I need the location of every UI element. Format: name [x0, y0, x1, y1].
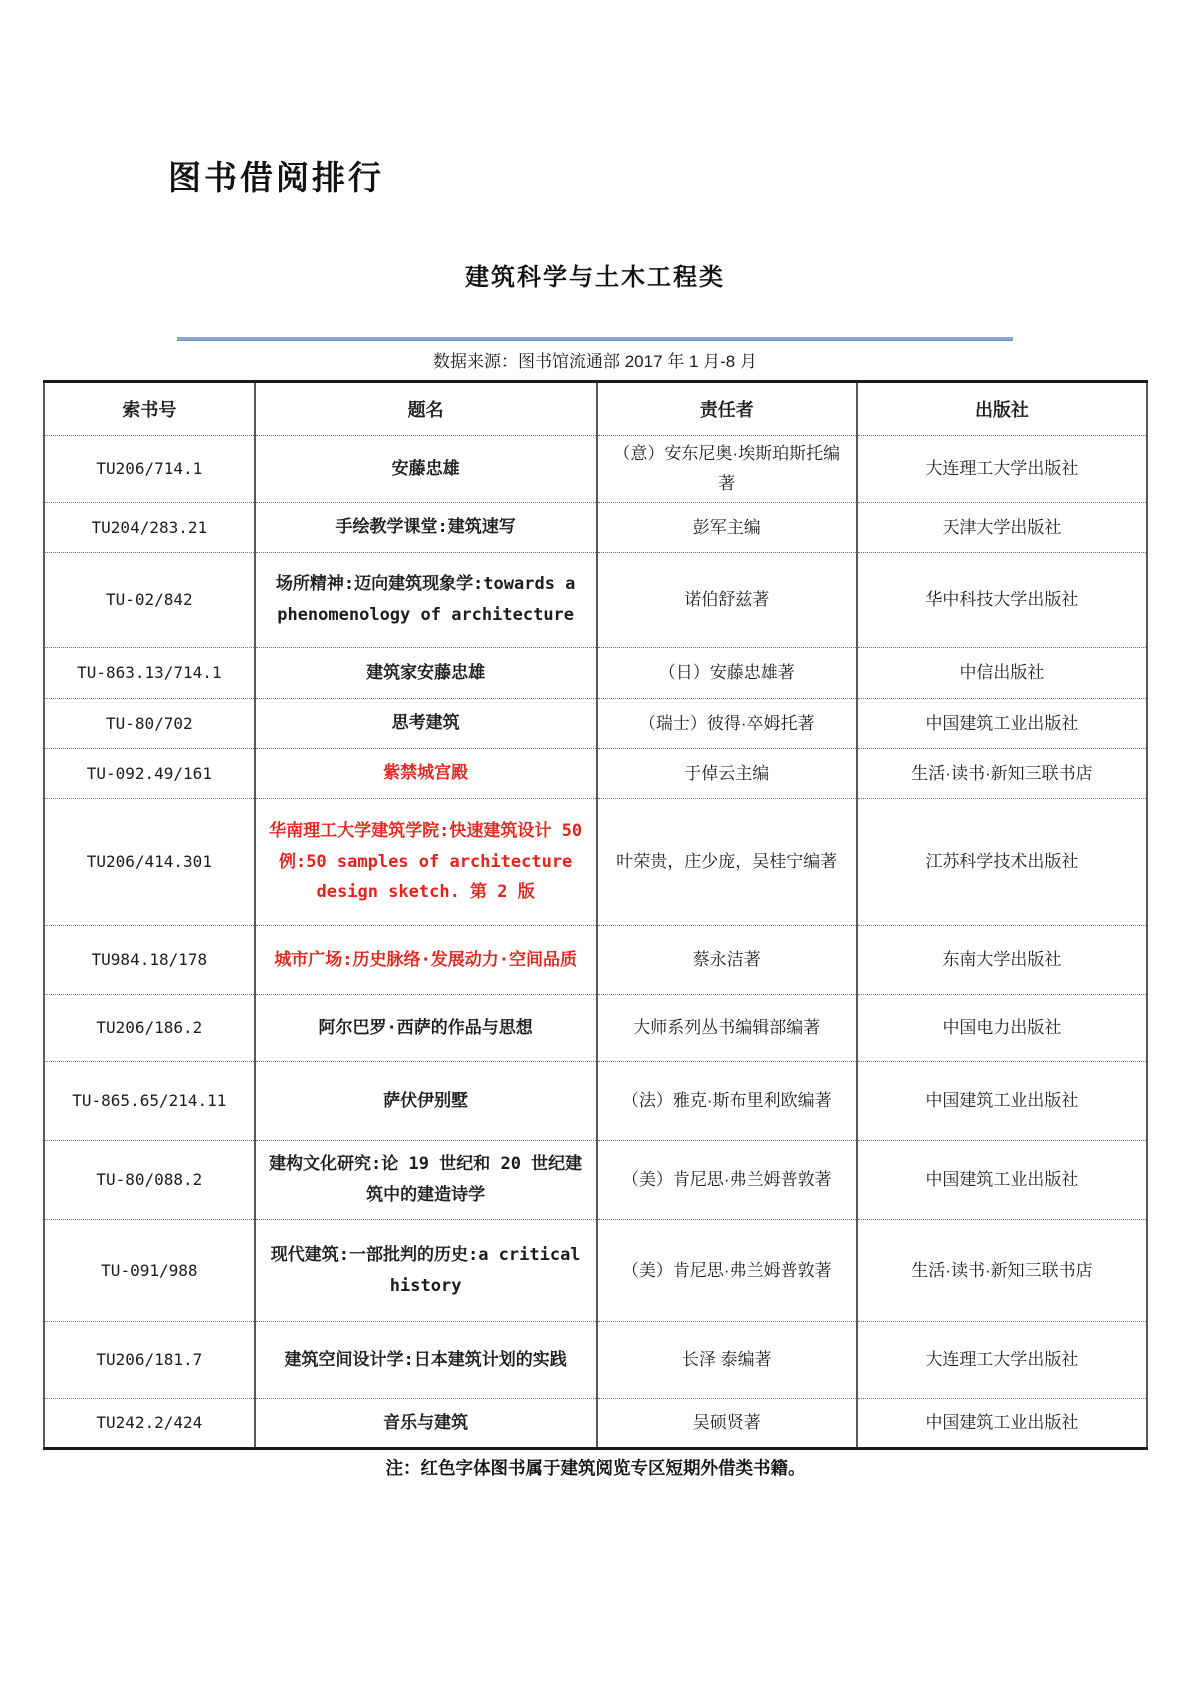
author-cell: （法）雅克·斯布里利欧编著: [597, 1062, 857, 1141]
document-page: 图书借阅排行 建筑科学与土木工程类 数据来源：图书馆流通部 2017 年 1 月…: [0, 0, 1191, 1684]
publisher-cell: 中国建筑工业出版社: [857, 1399, 1147, 1449]
author-cell: 于倬云主编: [597, 749, 857, 799]
table-row: TU-02/842 场所精神:迈向建筑现象学:towards a phenome…: [44, 553, 1147, 648]
table-row: TU206/714.1 安藤忠雄 （意）安东尼奥·埃斯珀斯托编著 大连理工大学出…: [44, 436, 1147, 503]
publisher-cell: 大连理工大学出版社: [857, 436, 1147, 503]
call-number-cell: TU-092.49/161: [44, 749, 255, 799]
footnote: 注：红色字体图书属于建筑阅览专区短期外借类书籍。: [43, 1455, 1148, 1480]
author-cell: （美）肯尼思·弗兰姆普敦著: [597, 1220, 857, 1322]
title-cell: 思考建筑: [255, 699, 597, 749]
section-title: 建筑科学与土木工程类: [177, 257, 1013, 292]
title-cell: 建筑空间设计学:日本建筑计划的实践: [255, 1322, 597, 1399]
publisher-cell: 中国建筑工业出版社: [857, 1141, 1147, 1220]
publisher-cell: 中国建筑工业出版社: [857, 1062, 1147, 1141]
borrowing-rank-table: 索书号 题名 责任者 出版社 TU206/714.1 安藤忠雄 （意）安东尼奥·…: [43, 380, 1148, 1450]
call-number-cell: TU-80/088.2: [44, 1141, 255, 1220]
title-cell: 手绘教学课堂:建筑速写: [255, 503, 597, 553]
title-cell: 阿尔巴罗·西萨的作品与思想: [255, 995, 597, 1062]
call-number-cell: TU206/414.301: [44, 799, 255, 926]
title-cell: 音乐与建筑: [255, 1399, 597, 1449]
call-number-cell: TU984.18/178: [44, 926, 255, 995]
publisher-cell: 中信出版社: [857, 648, 1147, 699]
title-cell: 安藤忠雄: [255, 436, 597, 503]
call-number-cell: TU242.2/424: [44, 1399, 255, 1449]
table-row: TU204/283.21 手绘教学课堂:建筑速写 彭军主编 天津大学出版社: [44, 503, 1147, 553]
call-number-cell: TU206/186.2: [44, 995, 255, 1062]
publisher-cell: 中国建筑工业出版社: [857, 699, 1147, 749]
title-cell: 华南理工大学建筑学院:快速建筑设计 50 例:50 samples of arc…: [255, 799, 597, 926]
author-cell: 吴硕贤著: [597, 1399, 857, 1449]
table-row: TU242.2/424 音乐与建筑 吴硕贤著 中国建筑工业出版社: [44, 1399, 1147, 1449]
call-number-cell: TU-80/702: [44, 699, 255, 749]
call-number-cell: TU-091/988: [44, 1220, 255, 1322]
author-cell: （美）肯尼思·弗兰姆普敦著: [597, 1141, 857, 1220]
publisher-cell: 江苏科学技术出版社: [857, 799, 1147, 926]
column-header-call-number: 索书号: [44, 382, 255, 436]
data-source-note: 数据来源：图书馆流通部 2017 年 1 月-8 月: [177, 347, 1013, 372]
author-cell: 叶荣贵，庄少庞，吴桂宁编著: [597, 799, 857, 926]
column-header-publisher: 出版社: [857, 382, 1147, 436]
table-row: TU-092.49/161 紫禁城宫殿 于倬云主编 生活·读书·新知三联书店: [44, 749, 1147, 799]
call-number-cell: TU-02/842: [44, 553, 255, 648]
page-title: 图书借阅排行: [0, 0, 1191, 199]
column-header-author: 责任者: [597, 382, 857, 436]
title-cell: 紫禁城宫殿: [255, 749, 597, 799]
call-number-cell: TU-863.13/714.1: [44, 648, 255, 699]
title-cell: 建构文化研究:论 19 世纪和 20 世纪建筑中的建造诗学: [255, 1141, 597, 1220]
call-number-cell: TU206/181.7: [44, 1322, 255, 1399]
table-row: TU206/186.2 阿尔巴罗·西萨的作品与思想 大师系列丛书编辑部编著 中国…: [44, 995, 1147, 1062]
table-row: TU-80/702 思考建筑 （瑞士）彼得·卒姆托著 中国建筑工业出版社: [44, 699, 1147, 749]
section-divider-line: [177, 337, 1013, 341]
publisher-cell: 东南大学出版社: [857, 926, 1147, 995]
column-header-title: 题名: [255, 382, 597, 436]
title-cell: 萨伏伊别墅: [255, 1062, 597, 1141]
table-row: TU206/414.301 华南理工大学建筑学院:快速建筑设计 50 例:50 …: [44, 799, 1147, 926]
author-cell: 长泽 泰编著: [597, 1322, 857, 1399]
table-row: TU984.18/178 城市广场:历史脉络·发展动力·空间品质 蔡永洁著 东南…: [44, 926, 1147, 995]
title-cell: 建筑家安藤忠雄: [255, 648, 597, 699]
publisher-cell: 中国电力出版社: [857, 995, 1147, 1062]
title-cell: 现代建筑:一部批判的历史:a critical history: [255, 1220, 597, 1322]
author-cell: （瑞士）彼得·卒姆托著: [597, 699, 857, 749]
publisher-cell: 生活·读书·新知三联书店: [857, 749, 1147, 799]
table-row: TU-80/088.2 建构文化研究:论 19 世纪和 20 世纪建筑中的建造诗…: [44, 1141, 1147, 1220]
table-row: TU-865.65/214.11 萨伏伊别墅 （法）雅克·斯布里利欧编著 中国建…: [44, 1062, 1147, 1141]
publisher-cell: 大连理工大学出版社: [857, 1322, 1147, 1399]
table-row: TU-091/988 现代建筑:一部批判的历史:a critical histo…: [44, 1220, 1147, 1322]
author-cell: 蔡永洁著: [597, 926, 857, 995]
call-number-cell: TU204/283.21: [44, 503, 255, 553]
title-cell: 场所精神:迈向建筑现象学:towards a phenomenology of …: [255, 553, 597, 648]
author-cell: 彭军主编: [597, 503, 857, 553]
title-cell: 城市广场:历史脉络·发展动力·空间品质: [255, 926, 597, 995]
table-header-row: 索书号 题名 责任者 出版社: [44, 382, 1147, 436]
call-number-cell: TU206/714.1: [44, 436, 255, 503]
table-row: TU-863.13/714.1 建筑家安藤忠雄 （日）安藤忠雄著 中信出版社: [44, 648, 1147, 699]
section-header: 建筑科学与土木工程类 数据来源：图书馆流通部 2017 年 1 月-8 月: [177, 257, 1013, 372]
publisher-cell: 生活·读书·新知三联书店: [857, 1220, 1147, 1322]
table-row: TU206/181.7 建筑空间设计学:日本建筑计划的实践 长泽 泰编著 大连理…: [44, 1322, 1147, 1399]
call-number-cell: TU-865.65/214.11: [44, 1062, 255, 1141]
author-cell: 大师系列丛书编辑部编著: [597, 995, 857, 1062]
publisher-cell: 天津大学出版社: [857, 503, 1147, 553]
author-cell: （日）安藤忠雄著: [597, 648, 857, 699]
author-cell: （意）安东尼奥·埃斯珀斯托编著: [597, 436, 857, 503]
author-cell: 诺伯舒兹著: [597, 553, 857, 648]
publisher-cell: 华中科技大学出版社: [857, 553, 1147, 648]
